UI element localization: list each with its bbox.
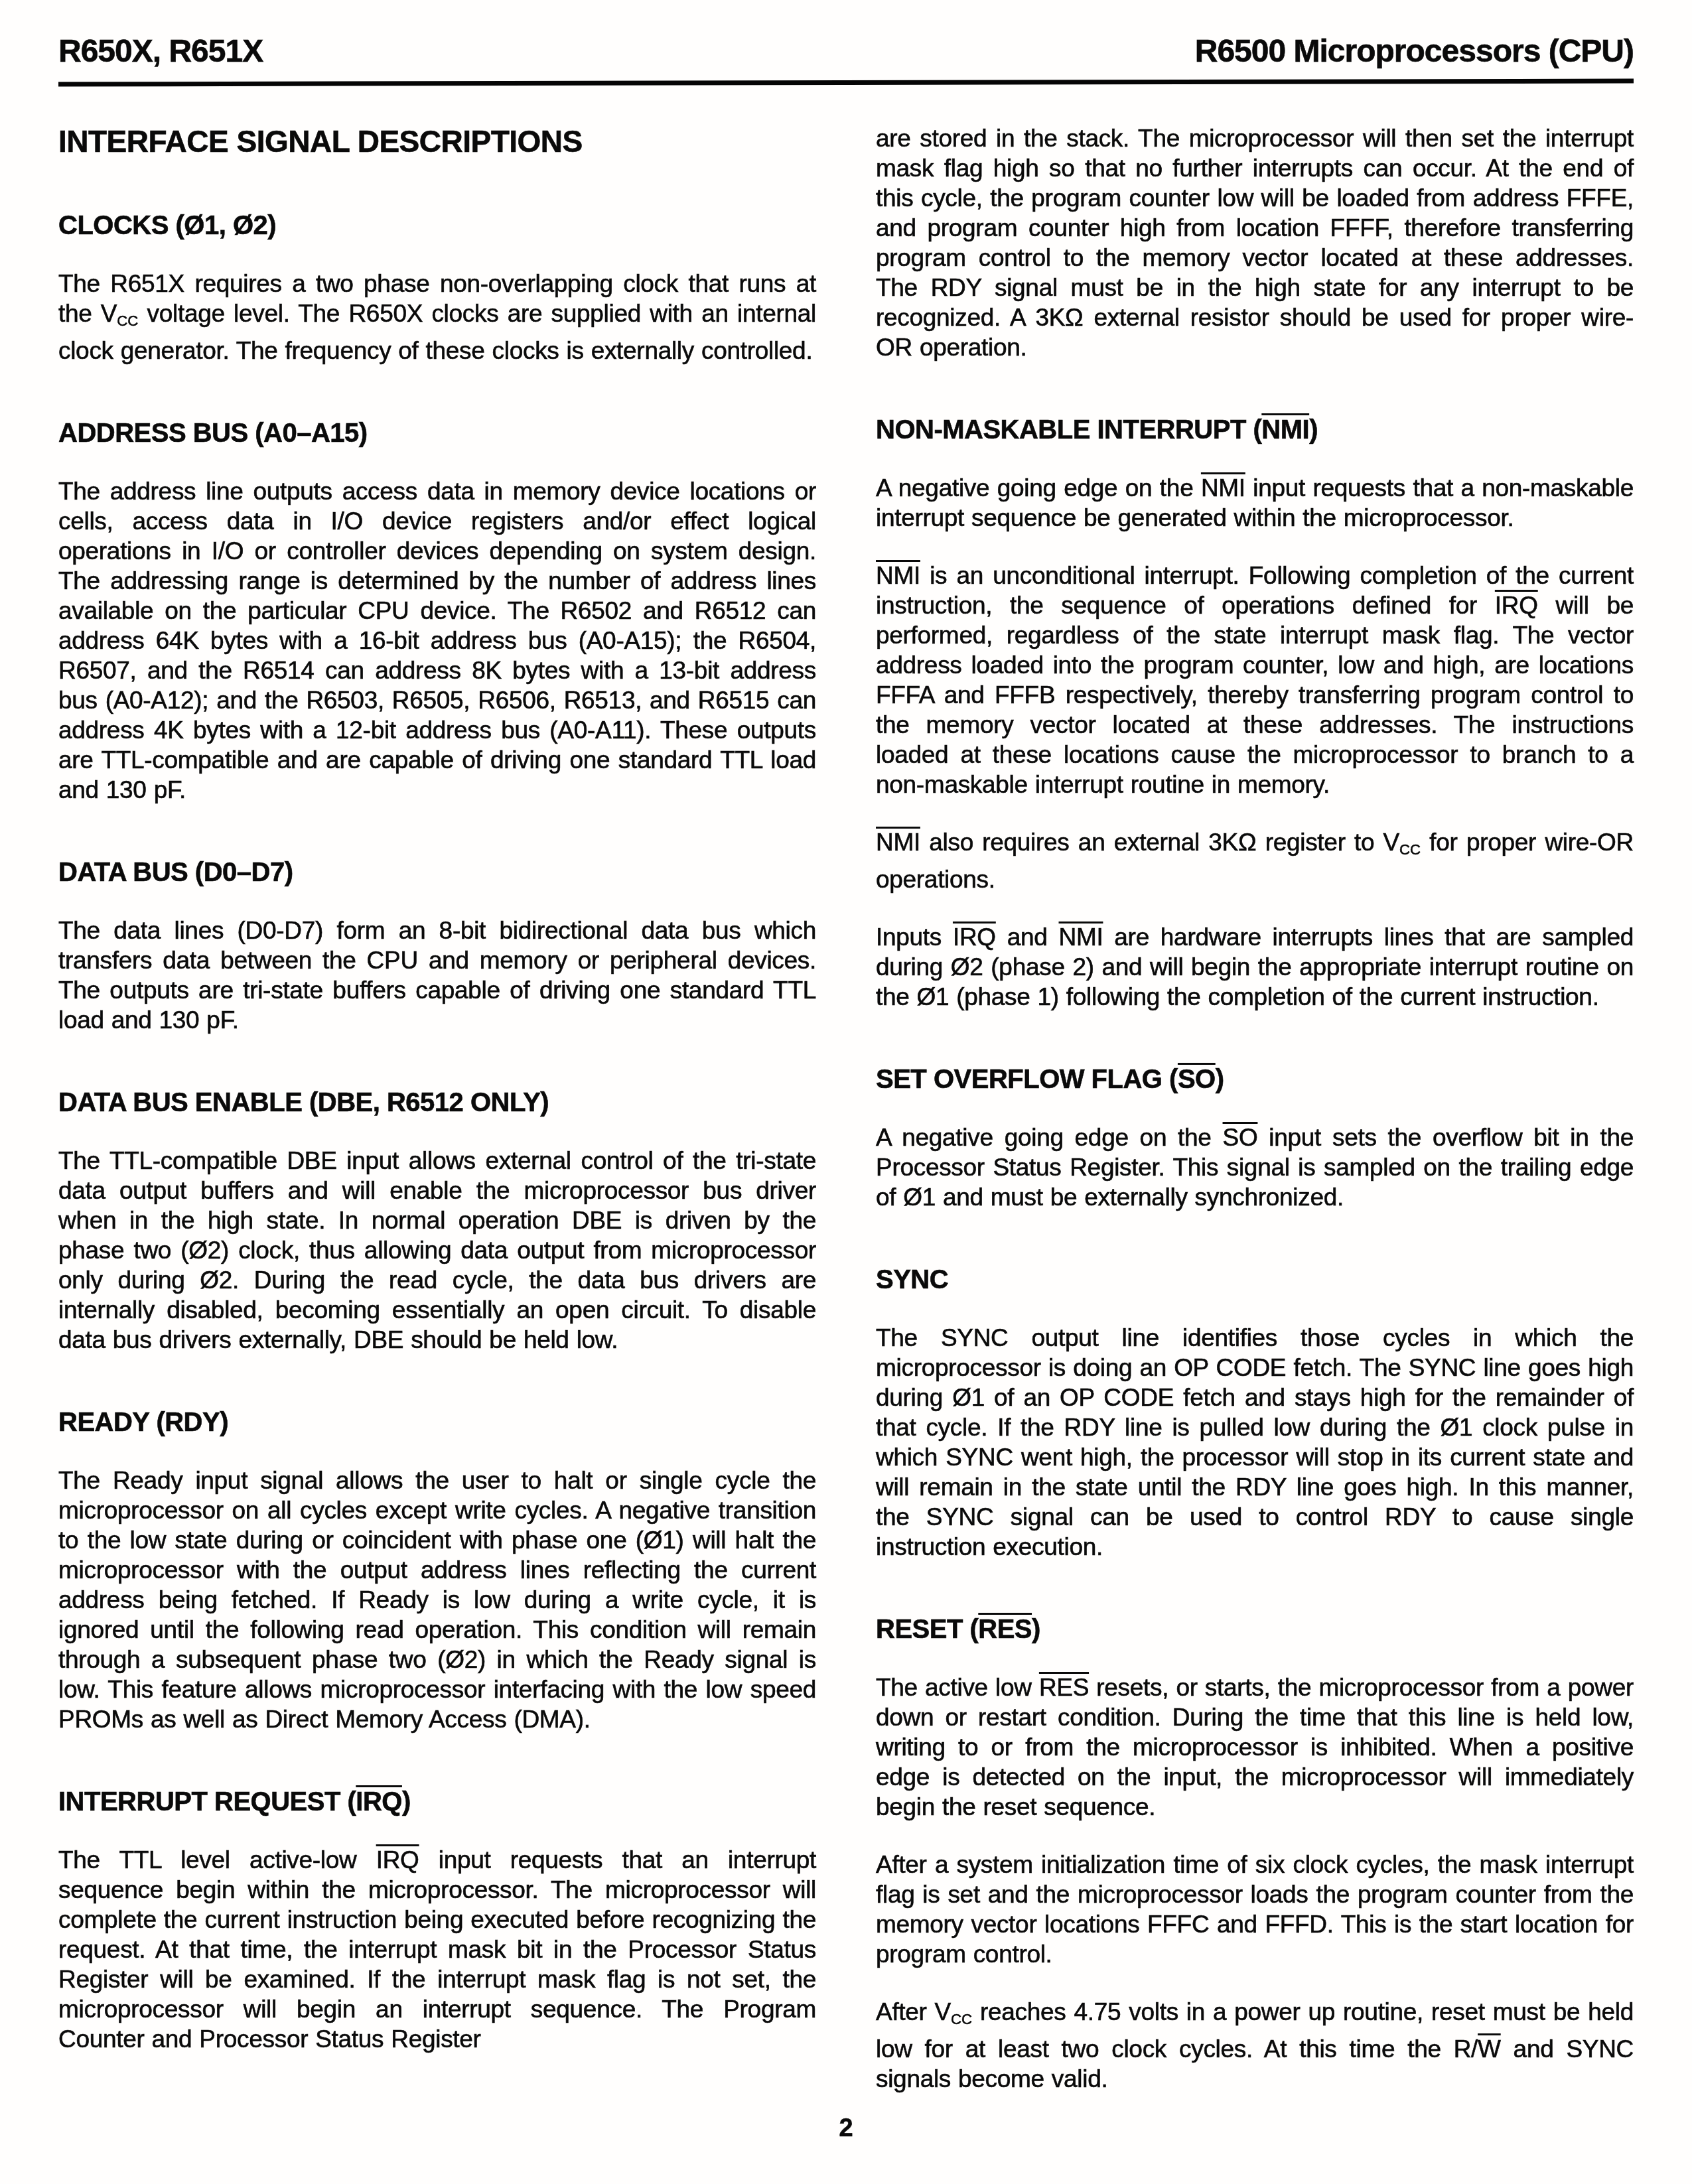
header-part-number: R650X, R651X: [58, 33, 263, 70]
section-heading-set-overflow-flag: SET OVERFLOW FLAG (SO): [876, 1065, 1634, 1095]
section-paragraph-reset-3: After VCC reaches 4.75 volts in a power …: [876, 1997, 1634, 2094]
page-title: INTERFACE SIGNAL DESCRIPTIONS: [58, 123, 816, 159]
section-paragraph-reset-1: The active low RES resets, or starts, th…: [876, 1672, 1634, 1822]
section-heading-non-maskable-interrupt: NON-MASKABLE INTERRUPT (NMI): [876, 415, 1634, 445]
section-heading-address-bus: ADDRESS BUS (A0–A15): [58, 419, 816, 448]
section-paragraph-ready: The Ready input signal allows the user t…: [58, 1466, 816, 1734]
section-paragraph-data-bus: The data lines (D0-D7) form an 8-bit bid…: [58, 916, 816, 1035]
two-column-body: INTERFACE SIGNAL DESCRIPTIONS CLOCKS (Ø1…: [0, 85, 1692, 2094]
section-heading-clocks: CLOCKS (Ø1, Ø2): [58, 211, 816, 241]
section-heading-data-bus: DATA BUS (D0–D7): [58, 858, 816, 888]
section-heading-sync: SYNC: [876, 1265, 1634, 1295]
section-paragraph-nmi-4: Inputs IRQ and NMI are hardware interrup…: [876, 922, 1634, 1012]
section-paragraph-sync: The SYNC output line identifies those cy…: [876, 1323, 1634, 1562]
right-column: are stored in the stack. The microproces…: [876, 123, 1634, 2094]
page-header: R650X, R651X R6500 Microprocessors (CPU): [0, 0, 1692, 70]
page-number: 2: [839, 2114, 853, 2142]
section-paragraph-interrupt-request: The TTL level active-low IRQ input reque…: [58, 1845, 816, 2054]
section-paragraph-data-bus-enable: The TTL-compatible DBE input allows exte…: [58, 1146, 816, 1355]
section-paragraph-clocks: The R651X requires a two phase non-overl…: [58, 269, 816, 366]
section-heading-ready: READY (RDY): [58, 1408, 816, 1438]
section-paragraph-nmi-2: NMI is an unconditional interrupt. Follo…: [876, 561, 1634, 799]
section-heading-reset: RESET (RES): [876, 1615, 1634, 1645]
continuation-paragraph: are stored in the stack. The microproces…: [876, 123, 1634, 362]
datasheet-page: R650X, R651X R6500 Microprocessors (CPU)…: [0, 0, 1692, 2184]
section-heading-data-bus-enable: DATA BUS ENABLE (DBE, R6512 ONLY): [58, 1088, 816, 1118]
section-paragraph-nmi-1: A negative going edge on the NMI input r…: [876, 473, 1634, 533]
left-column: INTERFACE SIGNAL DESCRIPTIONS CLOCKS (Ø1…: [58, 123, 816, 2094]
section-paragraph-nmi-3: NMI also requires an external 3KΩ regist…: [876, 827, 1634, 894]
header-document-title: R6500 Microprocessors (CPU): [1195, 33, 1634, 70]
section-paragraph-address-bus: The address line outputs access data in …: [58, 476, 816, 805]
section-heading-interrupt-request: INTERRUPT REQUEST (IRQ): [58, 1787, 816, 1817]
section-paragraph-set-overflow-flag: A negative going edge on the SO input se…: [876, 1123, 1634, 1212]
page-footer: 2: [0, 2114, 1692, 2143]
section-paragraph-reset-2: After a system initialization time of si…: [876, 1850, 1634, 1969]
